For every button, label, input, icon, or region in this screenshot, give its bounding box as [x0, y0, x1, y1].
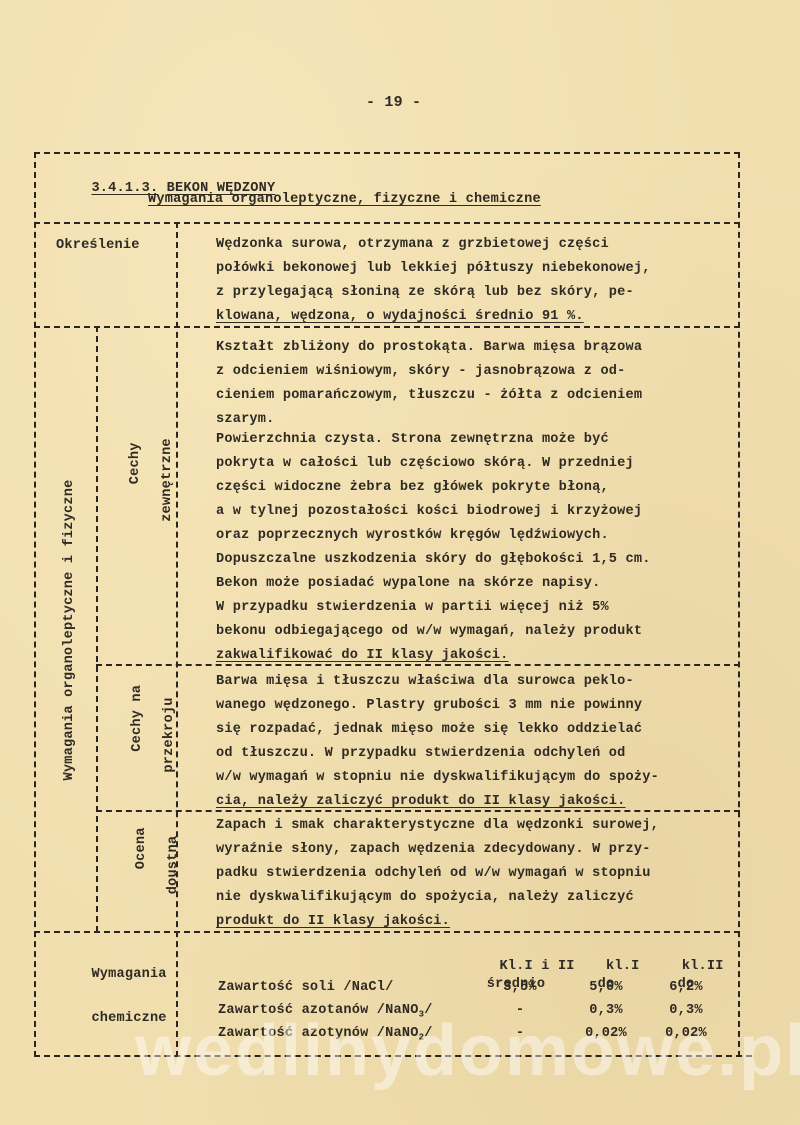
- cross-section-line: wanego wędzonego. Plastry grubości 3 mm …: [216, 694, 642, 718]
- watermark: wedlinydomowe.pl: [135, 1010, 800, 1092]
- cross-section-label: Cechy na przekroju: [114, 680, 194, 790]
- taste-line: nie dyskwalifikującym do spożycia, należ…: [216, 886, 634, 910]
- taste-line: padku stwierdzenia odchyleń od w/w wymag…: [216, 862, 651, 886]
- taste-line: Zapach i smak charakterystyczne dla wędz…: [216, 814, 659, 838]
- organoleptic-divider: [34, 931, 740, 933]
- page-number: - 19 -: [366, 94, 421, 111]
- header-divider: [34, 222, 740, 224]
- external-line: pokryta w całości lub częściowo skórą. W…: [216, 452, 634, 476]
- definition-label: Określenie: [56, 238, 140, 253]
- definition-divider: [34, 326, 740, 328]
- chem-column-header: kl.IIdo: [646, 940, 726, 1012]
- taste-line: wyraźnie słony, zapach wędzenia zdecydow…: [216, 838, 651, 862]
- taste-assessment-label: Ocena doustna: [118, 820, 198, 910]
- cross-section-line: w/w wymagań w stopniu nie dyskwalifikują…: [216, 766, 659, 790]
- frame-top-border: [34, 152, 740, 154]
- external-line: oraz poprzecznych wyrostków kręgów lędźw…: [216, 524, 609, 548]
- subgroup-column-divider: [96, 326, 98, 932]
- definition-line: połówki bekonowej lub lekkiej półtuszy n…: [216, 257, 651, 281]
- definition-line: Wędzonka surowa, otrzymana z grzbietowej…: [216, 233, 609, 257]
- cross-section-line: od tłuszczu. W przypadku stwierdzenia od…: [216, 742, 626, 766]
- external-line: Dopuszczalne uszkodzenia skóry do głębok…: [216, 548, 651, 572]
- chem-column-header: kl.Ido: [566, 940, 646, 1012]
- definition-line: z przylegającą słoniną ze skórą lub bez …: [216, 281, 634, 305]
- section-subtitle: Wymagania organoleptyczne, fizyczne i ch…: [148, 192, 541, 207]
- external-divider: [96, 664, 740, 666]
- external-line: Powierzchnia czysta. Strona zewnętrzna m…: [216, 428, 609, 452]
- chem-value: 3,5%: [480, 980, 560, 995]
- chem-value: 5,0%: [566, 980, 646, 995]
- external-line: bekonu odbiegającego od w/w wymagań, nal…: [216, 620, 642, 644]
- external-line: cieniem pomarańczowym, tłuszczu - żółta …: [216, 384, 642, 408]
- external-features-label: Cechy zewnętrzne: [112, 420, 192, 540]
- cross-section-line: się rozpadać, jednak mięso może się lekk…: [216, 718, 642, 742]
- frame-right-border: [738, 152, 740, 1057]
- external-line: z odcieniem wiśniowym, skóry - jasnobrąz…: [216, 360, 626, 384]
- external-line: Kształt zbliżony do prostokąta. Barwa mi…: [216, 336, 642, 360]
- external-line: a w tylnej pozostałości kości biodrowej …: [216, 500, 642, 524]
- external-line: W przypadku stwierdzenia w partii więcej…: [216, 596, 609, 620]
- chem-row-name: Zawartość soli /NaCl/: [218, 980, 394, 995]
- frame-left-border: [34, 152, 36, 1057]
- cross-section-divider: [96, 810, 740, 812]
- external-line: Bekon może posiadać wypalone na skórze n…: [216, 572, 600, 596]
- organoleptic-group-label: Wymagania organoleptyczne i fizyczne: [62, 470, 78, 790]
- chem-column-header: Kl.I i IIśrednio: [466, 940, 566, 1012]
- chem-value: 6,2%: [646, 980, 726, 995]
- external-line: części widoczne żebra bez główek pokryte…: [216, 476, 609, 500]
- cross-section-line: Barwa mięsa i tłuszczu właściwa dla suro…: [216, 670, 634, 694]
